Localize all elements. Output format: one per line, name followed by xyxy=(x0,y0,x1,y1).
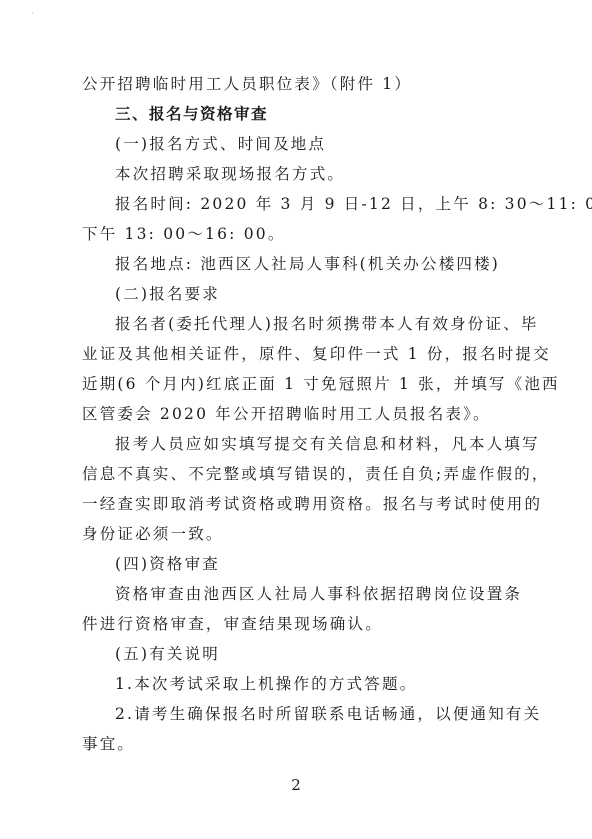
text-line-continuation: 公开招聘临时用工人员职位表》（附件 1） xyxy=(82,74,522,94)
list-item-1: 1.本次考试采取上机操作的方式答题。 xyxy=(115,674,555,694)
section-heading-3: 三、报名与资格审查 xyxy=(115,104,555,124)
paragraph-line: 身份证必须一致。 xyxy=(82,524,522,544)
list-item-2-cont: 事宜。 xyxy=(82,734,522,754)
subsection-heading-2: (二)报名要求 xyxy=(115,284,555,304)
paragraph-line: 件进行资格审查，审查结果现场确认。 xyxy=(82,614,522,634)
page-number: 2 xyxy=(0,776,592,794)
registration-location-line: 报名地点: 池西区人社局人事科(机关办公楼四楼) xyxy=(115,254,555,274)
subsection-heading-1: (一)报名方式、时间及地点 xyxy=(115,134,555,154)
paragraph-line: 报名者(委托代理人)报名时须携带本人有效身份证、毕 xyxy=(115,314,555,334)
corner-mark: ' xyxy=(32,12,34,19)
paragraph-line: 报考人员应如实填写提交有关信息和材料，凡本人填写 xyxy=(115,434,555,454)
registration-time-line: 报名时间: 2020 年 3 月 9 日-12 日，上午 8: 30～11: 0… xyxy=(115,194,555,214)
registration-time-line-cont: 下午 13: 00～16: 00。 xyxy=(82,224,522,244)
paragraph-line: 一经查实即取消考试资格或聘用资格。报名与考试时使用的 xyxy=(82,494,522,514)
paragraph-line: 本次招聘采取现场报名方式。 xyxy=(115,164,555,184)
paragraph-line: 业证及其他相关证件，原件、复印件一式 1 份，报名时提交 xyxy=(82,344,522,364)
paragraph-line: 信息不真实、不完整或填写错误的，责任自负;弄虚作假的， xyxy=(82,464,522,484)
paragraph-line: 区管委会 2020 年公开招聘临时用工人员报名表》。 xyxy=(82,404,522,424)
paragraph-line: 近期(6 个月内)红底正面 1 寸免冠照片 1 张，并填写《池西 xyxy=(82,374,522,394)
list-item-2: 2.请考生确保报名时所留联系电话畅通，以便通知有关 xyxy=(115,704,555,724)
paragraph-line: 资格审查由池西区人社局人事科依据招聘岗位设置条 xyxy=(115,584,555,604)
subsection-heading-5: (五)有关说明 xyxy=(115,644,555,664)
subsection-heading-4: (四)资格审查 xyxy=(115,554,555,574)
